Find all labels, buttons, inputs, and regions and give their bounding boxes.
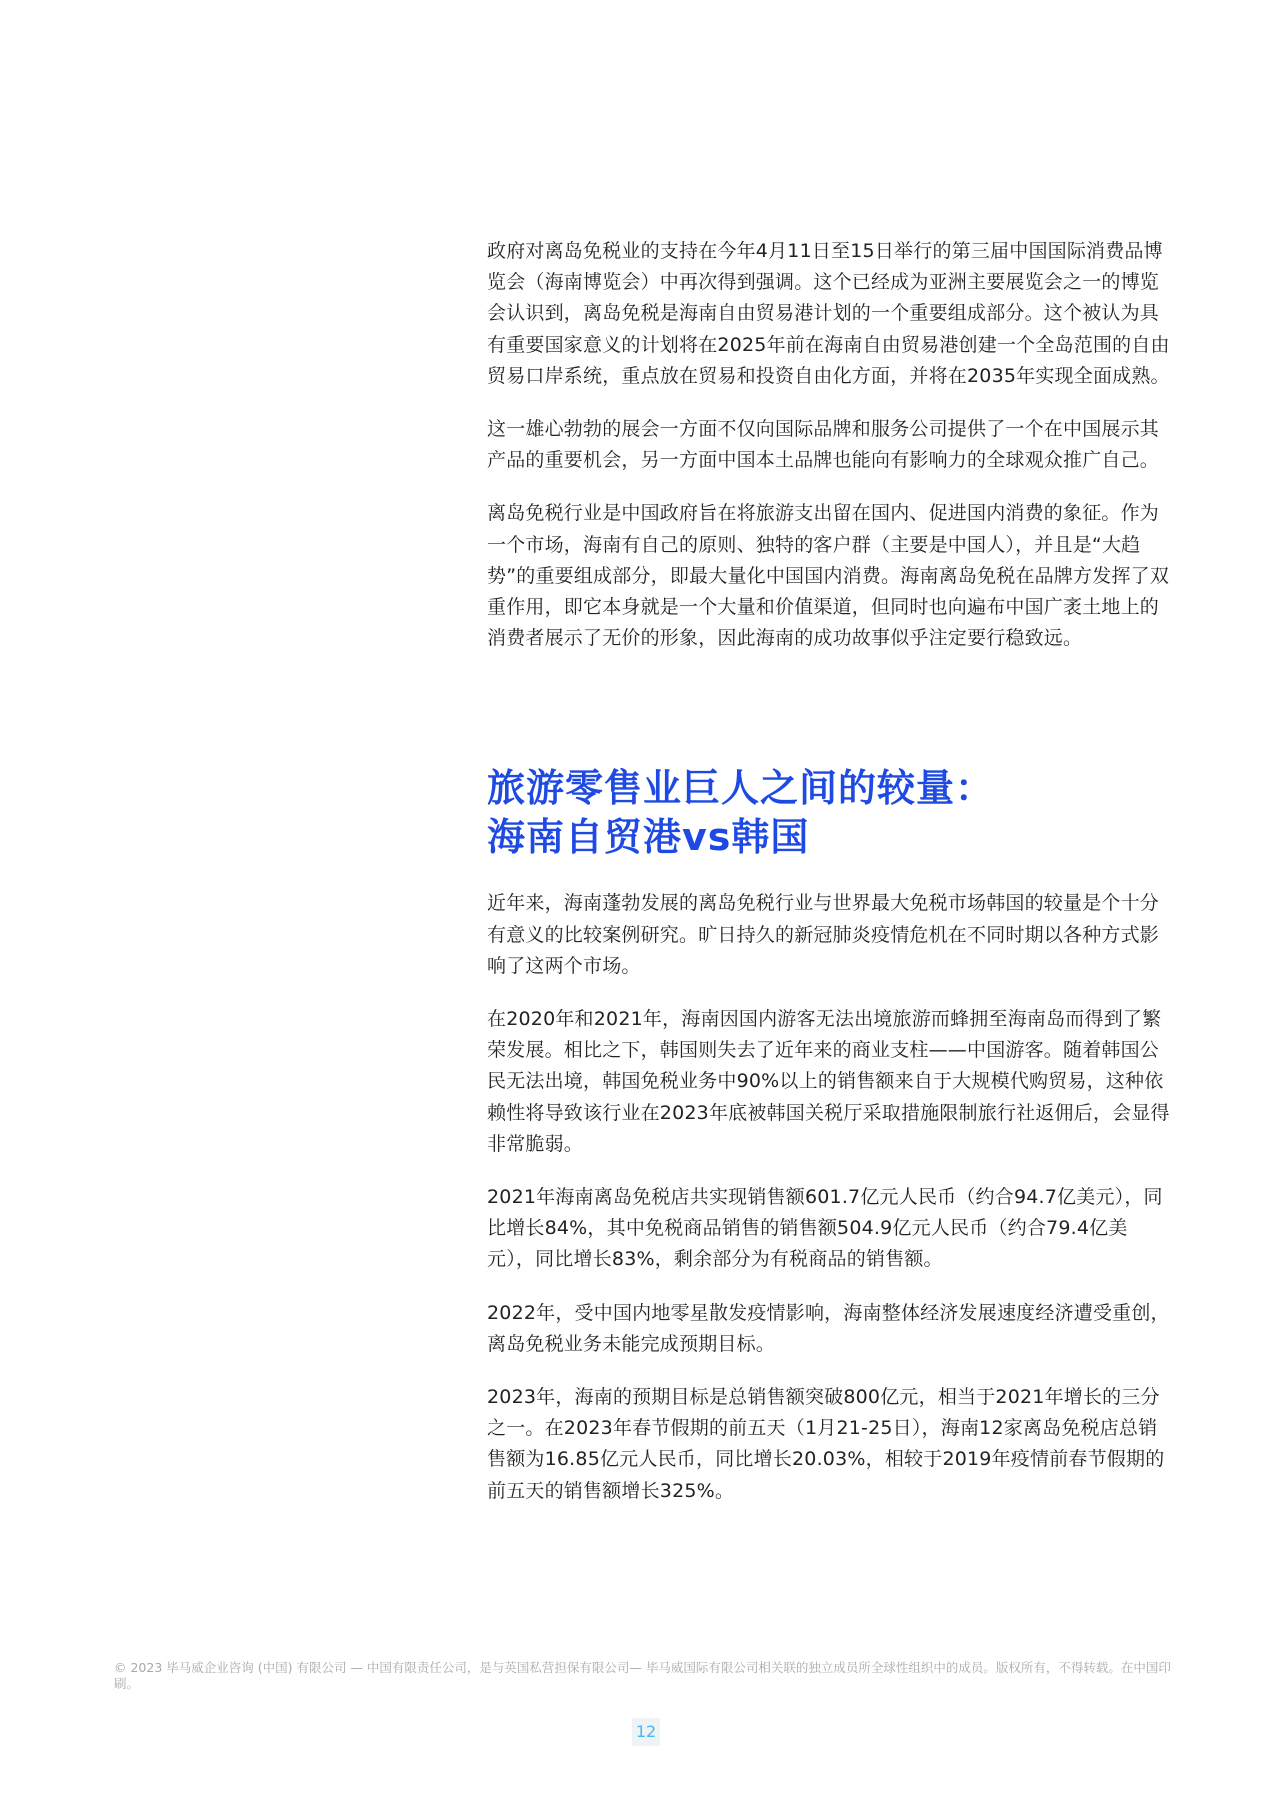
section-paragraph-4: 2022年，受中国内地零星散发疫情影响，海南整体经济发展速度经济遭受重创，离岛免… (487, 1298, 1175, 1360)
copyright-footer: © 2023 毕马威企业咨询 (中国) 有限公司 — 中国有限责任公司，是与英国… (114, 1660, 1174, 1692)
section-paragraph-5: 2023年，海南的预期目标是总销售额突破800亿元，相当于2021年增长的三分之… (487, 1382, 1175, 1507)
intro-paragraph-1: 政府对离岛免税业的支持在今年4月11日至15日举行的第三届中国国际消费品博览会（… (487, 236, 1175, 392)
section-paragraph-3: 2021年海南离岛免税店共实现销售额601.7亿元人民币（约合94.7亿美元），… (487, 1182, 1175, 1276)
section-paragraph-2: 在2020年和2021年，海南因国内游客无法出境旅游而蜂拥至海南岛而得到了繁荣发… (487, 1004, 1175, 1160)
intro-paragraph-3: 离岛免税行业是中国政府旨在将旅游支出留在国内、促进国内消费的象征。作为一个市场，… (487, 498, 1175, 654)
section-heading: 旅游零售业巨人之间的较量： 海南自贸港vs韩国 (487, 764, 1175, 862)
section-heading-line-2: 海南自贸港vs韩国 (487, 813, 1175, 862)
intro-paragraph-2: 这一雄心勃勃的展会一方面不仅向国际品牌和服务公司提供了一个在中国展示其产品的重要… (487, 414, 1175, 476)
section-paragraph-1: 近年来，海南蓬勃发展的离岛免税行业与世界最大免税市场韩国的较量是个十分有意义的比… (487, 888, 1175, 982)
page-number: 12 (632, 1718, 660, 1746)
page-content: 政府对离岛免税业的支持在今年4月11日至15日举行的第三届中国国际消费品博览会（… (487, 236, 1175, 1529)
section-heading-line-1: 旅游零售业巨人之间的较量： (487, 764, 1175, 813)
